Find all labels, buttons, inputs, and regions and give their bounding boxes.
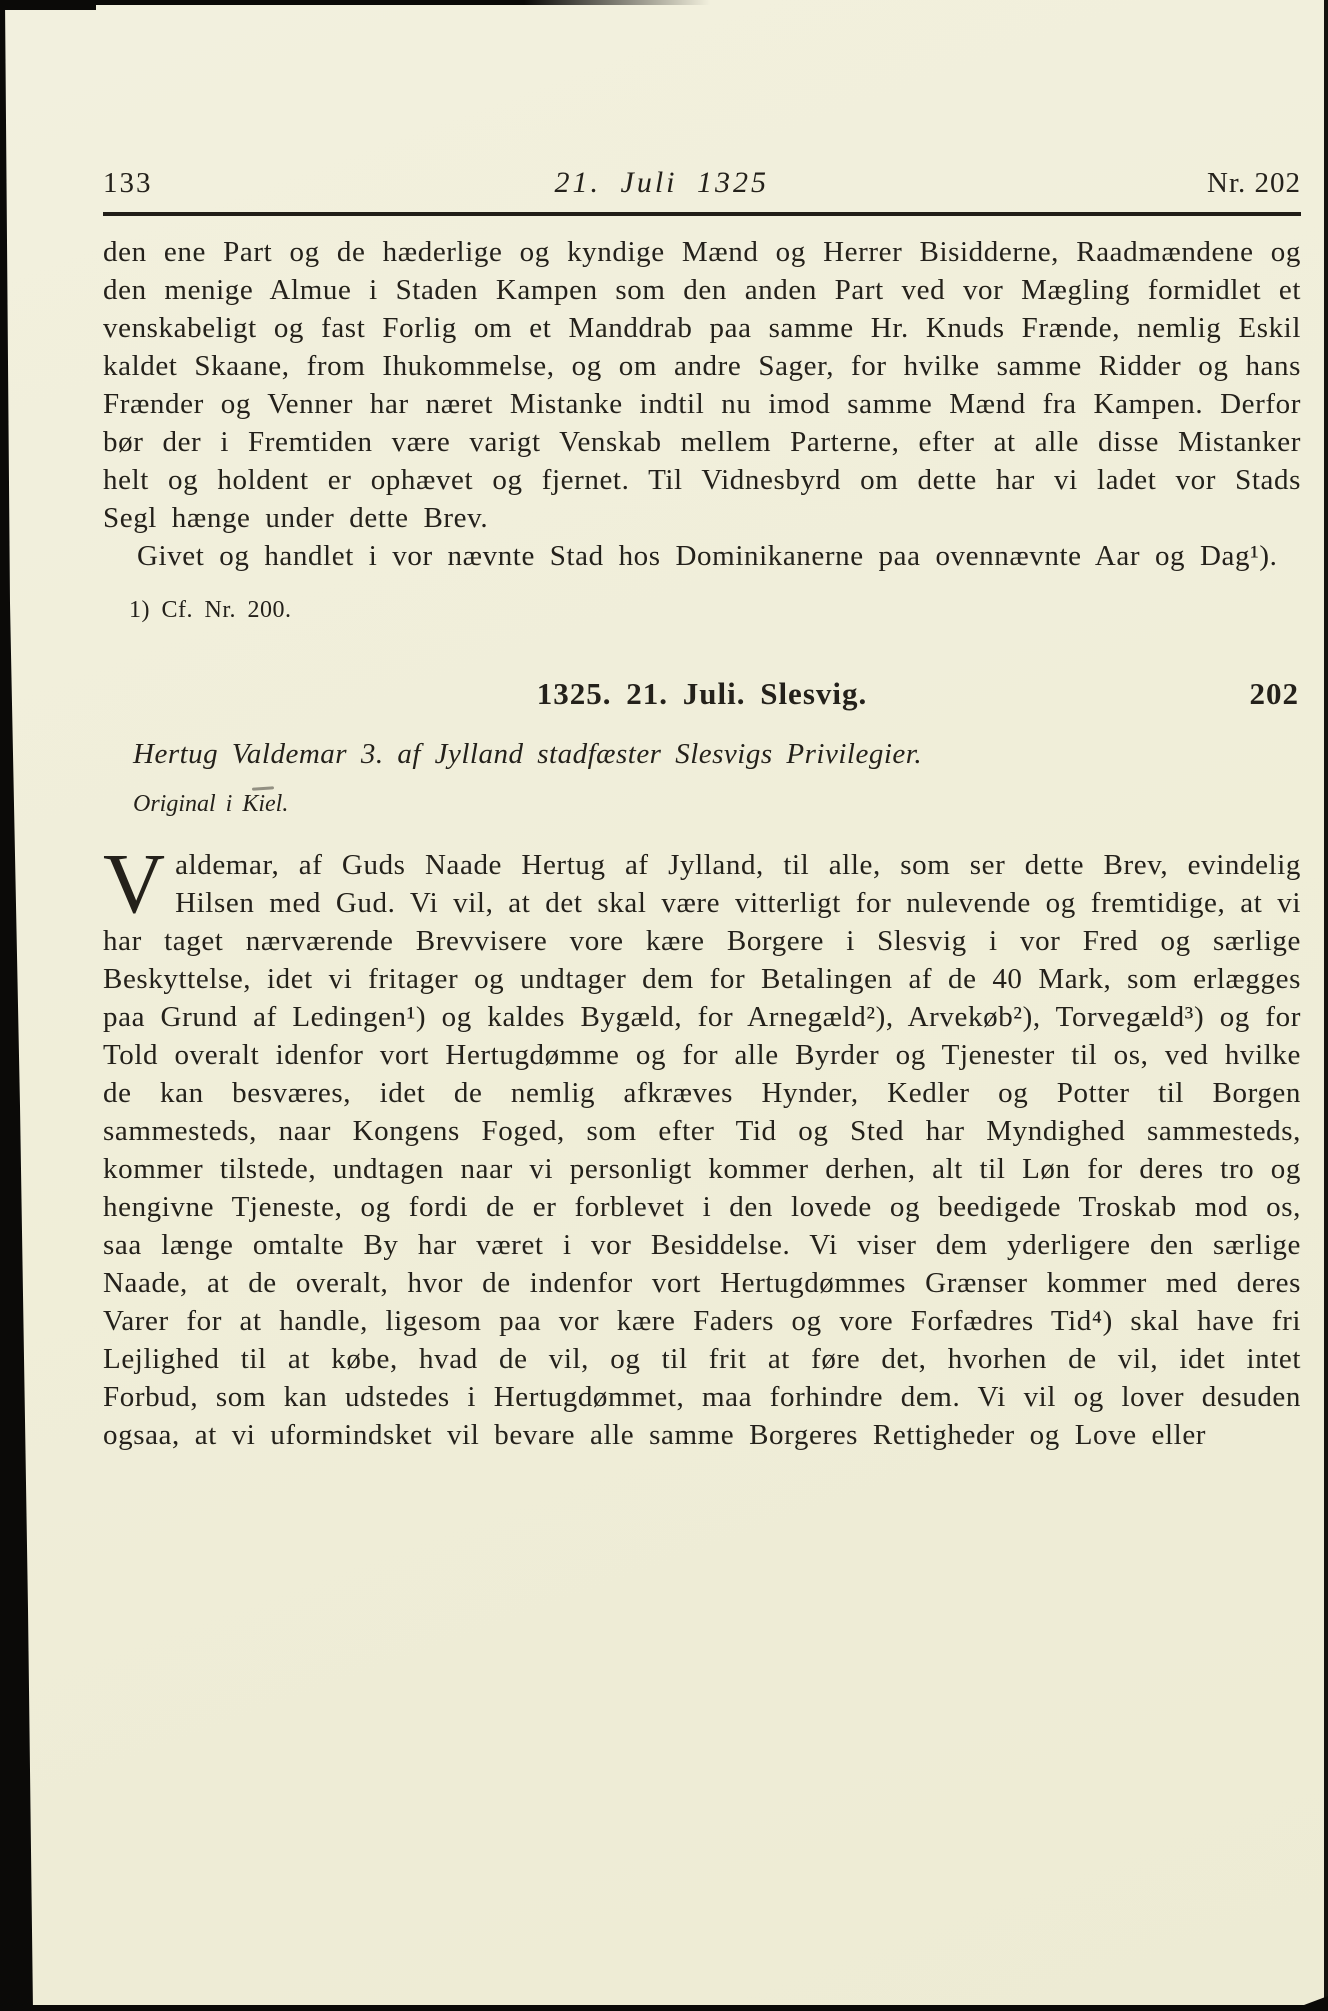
closing-paragraph: Givet og handlet i vor nævnte Stad hos D… — [103, 537, 1301, 575]
header-entry-ref: Nr. 202 — [1207, 167, 1301, 200]
continuation-paragraph: den ene Part og de hæderlige og kyndige … — [103, 233, 1301, 537]
entry-heading-row: 1325. 21. Juli. Slesvig. 202 — [103, 676, 1301, 712]
footnote: 1) Cf. Nr. 200. — [129, 597, 1301, 624]
entry-number: 202 — [1250, 676, 1300, 712]
entry-source-note: Original i Kiel. — [133, 791, 1301, 818]
entry-regest: Hertug Valdemar 3. af Jylland stadfæster… — [133, 738, 1301, 771]
page-number: 133 — [103, 167, 153, 200]
scan-edge-bottom-corner — [1288, 1996, 1328, 2011]
header-rule — [103, 212, 1301, 216]
scan-edge-top-thin — [90, 0, 710, 5]
letter-body-text: aldemar, af Guds Naade Hertug af Jylland… — [103, 849, 1301, 1451]
scanned-book-page: 133 21. Juli 1325 Nr. 202 den ene Part o… — [0, 0, 1328, 2011]
scan-edge-right — [1324, 0, 1328, 2011]
page-header: 133 21. Juli 1325 Nr. 202 — [103, 166, 1301, 200]
scan-edge-top-thick — [0, 0, 96, 10]
letter-body-paragraph: Valdemar, af Guds Naade Hertug af Jyllan… — [103, 846, 1301, 1454]
scan-edge-left — [0, 0, 40, 2011]
scan-edge-bottom — [0, 2005, 1328, 2011]
entry-heading: 1325. 21. Juli. Slesvig. — [537, 676, 868, 711]
running-head-date: 21. Juli 1325 — [555, 166, 770, 200]
drop-cap-initial: V — [103, 846, 175, 914]
page-content: 133 21. Juli 1325 Nr. 202 den ene Part o… — [103, 166, 1301, 1454]
